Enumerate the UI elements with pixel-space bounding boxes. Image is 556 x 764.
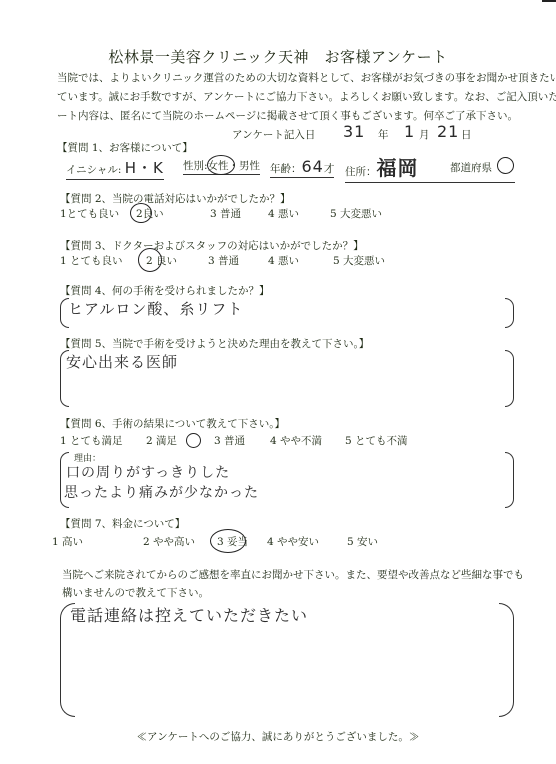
q6-option-2[interactable]: 2 満足 [146,433,177,448]
q5-heading: 【質問 5、当院で手術を受けようと決めた理由を教えて下さい。】 [60,336,369,351]
q1-initial-field[interactable]: イニシャル: H・K [66,157,164,180]
date-day-value: 21 [437,122,459,141]
q6-option-1[interactable]: 1 とても満足 [60,433,123,448]
q6-option-4[interactable]: 4 やや不満 [270,433,322,448]
q1-gender-male[interactable]: 男性 [239,160,260,172]
q1-age-field[interactable]: 年齢：64才 [270,157,334,178]
q6-selected-circle [186,433,201,448]
q4-answer[interactable]: ヒアルロン酸、糸リフト [68,298,243,319]
q1-prefecture-selected-circle [497,157,514,174]
q1-address-value: 福岡 [377,156,419,180]
q1-age-value: 64 [302,157,324,176]
q2-selected-circle [130,203,152,223]
scan-edge-mark [542,0,556,2]
q6-option-3[interactable]: 3 普通 [214,433,245,448]
date-day-label: 日 [461,127,472,142]
footer-thanks: ≪アンケートへのご協力、誠にありがとうございました。≫ [0,729,556,744]
q6-reason-line-2[interactable]: 思ったより痛みが少なかった [64,482,259,502]
q4-heading: 【質問 4、何の手術を受けられましたか？】 [60,283,270,298]
q3-selected-circle [138,248,162,272]
q3-option-5[interactable]: 5 大変悪い [333,253,385,268]
comments-bracket-right [499,603,514,717]
q1-gender-label: 性別: [183,160,208,172]
q3-option-3[interactable]: 3 普通 [208,253,239,268]
q6-bracket-right [505,452,514,508]
q3-heading: 【質問 3、ドクターおよびスタッフの対応はいかがでしたか？】 [60,238,364,253]
intro-line-1: 当院では、よりよいクリニック運営のための大切な資料として、お客様がお気づきの事を… [57,70,556,85]
comments-prompt-line-1: 当院へご来院されてからのご感想を率直にお聞かせ下さい。また、要望や改善点など些細… [62,567,524,582]
intro-line-3: ート内容は、匿名にて当院のホームページに掲載させて頂く事もございます。何卒ご了承… [57,108,518,123]
q1-age-suffix: 才 [324,163,335,175]
q1-heading: 【質問 1、お客様について】 [57,140,193,155]
q2-option-1[interactable]: 1とても良い [60,206,119,221]
q2-option-4[interactable]: 4 悪い [268,206,299,221]
q7-option-4[interactable]: 4 やや安い [267,534,319,549]
q1-gender-selected-circle [207,155,235,175]
comments-answer[interactable]: 電話連絡は控えていただきたい [70,603,308,626]
intro-line-2: ています。誠にお手数ですが、アンケートにご協力下さい。よろしくお願い致します。な… [57,89,556,104]
comments-prompt-line-2: 構いませんので教えて下さい。 [62,585,209,600]
date-year-label: 年 [378,127,389,142]
q7-option-2[interactable]: 2 やや高い [143,534,195,549]
q7-heading: 【質問 7、料金について】 [60,516,185,531]
q1-initial-label: イニシャル: [66,164,121,176]
date-label: アンケート記入日 [232,127,315,142]
q6-heading: 【質問 6、手術の結果について教えて下さい。】 [60,416,285,431]
q5-answer[interactable]: 安心出来る医師 [66,351,178,372]
q5-bracket-right [505,350,514,407]
date-month-value: 1 [404,122,415,141]
page-title: 松林景一美容クリニック天神 お客様アンケート [0,46,556,67]
q1-prefecture-suffix: 都道府県 [450,160,492,175]
date-month-label: 月 [419,127,430,142]
q3-option-4[interactable]: 4 悪い [268,253,299,268]
q1-address-label: 住所： [345,166,377,178]
q4-bracket-right [505,298,514,328]
q6-option-5[interactable]: 5 とても不満 [345,433,408,448]
q2-option-5[interactable]: 5 大変悪い [330,206,382,221]
q7-selected-circle [210,529,246,553]
q7-option-5[interactable]: 5 安い [347,534,378,549]
q6-reason-line-1[interactable]: 口の周りがすっきりした [66,462,230,482]
q2-option-3[interactable]: 3 普通 [210,206,241,221]
q3-option-1[interactable]: 1 とても良い [60,253,123,268]
q1-initial-value: H・K [125,159,164,177]
date-year-value: 31 [343,122,365,141]
q1-age-label: 年齢： [270,163,302,175]
q2-heading: 【質問 2、当院の電話対応はいかがでしたか？】 [60,191,291,206]
q7-option-1[interactable]: 1 高い [52,534,83,549]
